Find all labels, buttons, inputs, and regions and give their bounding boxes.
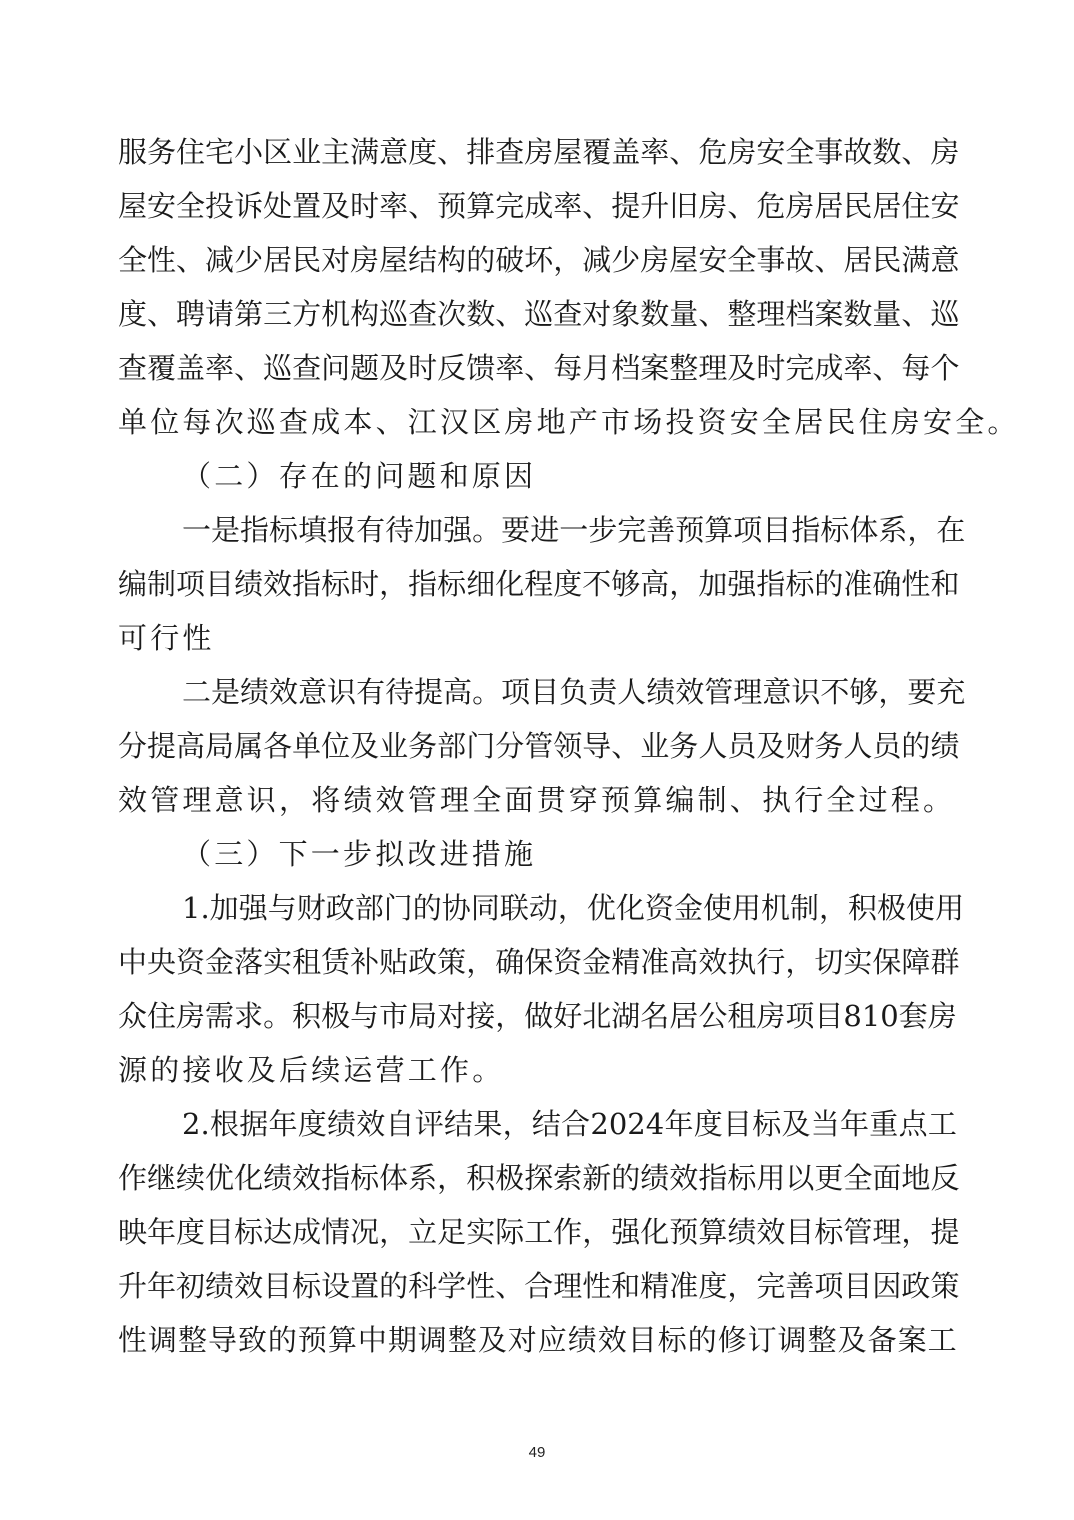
paragraph-line-measure2-4: 升年初绩效目标设置的科学性、合理性和精准度，完善项目因政策: [118, 1266, 957, 1306]
paragraph-line-indicators-3: 全性、减少居民对房屋结构的破坏，减少房屋安全事故、居民满意: [118, 240, 957, 280]
paragraph-line-problem1-2: 编制项目绩效指标时，指标细化程度不够高，加强指标的准确性和: [118, 564, 957, 604]
paragraph-line-measure2-1: 2.根据年度绩效自评结果，结合2024年度目标及当年重点工: [182, 1104, 957, 1144]
paragraph-line-problem2-2: 分提高局属各单位及业务部门分管领导、业务人员及财务人员的绩: [118, 726, 957, 766]
paragraph-line-problem2-3: 效管理意识，将绩效管理全面贯穿预算编制、执行全过程。: [118, 780, 957, 820]
paragraph-line-measure2-5: 性调整导致的预算中期调整及对应绩效目标的修订调整及备案工: [118, 1320, 957, 1360]
page-number: 49: [0, 1444, 1074, 1461]
paragraph-line-measure2-2: 作继续优化绩效指标体系，积极探索新的绩效指标用以更全面地反: [118, 1158, 957, 1198]
paragraph-line-measure1-2: 中央资金落实租赁补贴政策，确保资金精准高效执行，切实保障群: [118, 942, 957, 982]
paragraph-line-measure2-3: 映年度目标达成情况，立足实际工作，强化预算绩效目标管理，提: [118, 1212, 957, 1252]
paragraph-line-measure1-1: 1.加强与财政部门的协同联动，优化资金使用机制，积极使用: [182, 888, 957, 928]
document-page: 服务住宅小区业主满意度、排查房屋覆盖率、危房安全事故数、房 屋安全投诉处置及时率…: [0, 0, 1074, 1520]
section-heading-problems: （二）存在的问题和原因: [182, 456, 957, 496]
section-heading-next-steps: （三）下一步拟改进措施: [182, 834, 957, 874]
paragraph-line-indicators-5: 查覆盖率、巡查问题及时反馈率、每月档案整理及时完成率、每个: [118, 348, 957, 388]
paragraph-line-measure1-3: 众住房需求。积极与市局对接，做好北湖名居公租房项目810套房: [118, 996, 957, 1036]
paragraph-line-indicators-1: 服务住宅小区业主满意度、排查房屋覆盖率、危房安全事故数、房: [118, 132, 957, 172]
paragraph-line-problem1-3: 可行性: [118, 618, 957, 658]
paragraph-line-indicators-6: 单位每次巡查成本、江汉区房地产市场投资安全居民住房安全。: [118, 402, 957, 442]
paragraph-line-measure1-4: 源的接收及后续运营工作。: [118, 1050, 957, 1090]
paragraph-line-indicators-4: 度、聘请第三方机构巡查次数、巡查对象数量、整理档案数量、巡: [118, 294, 957, 334]
paragraph-line-indicators-2: 屋安全投诉处置及时率、预算完成率、提升旧房、危房居民居住安: [118, 186, 957, 226]
paragraph-line-problem2-1: 二是绩效意识有待提高。项目负责人绩效管理意识不够，要充: [182, 672, 957, 712]
paragraph-line-problem1-1: 一是指标填报有待加强。要进一步完善预算项目指标体系，在: [182, 510, 957, 550]
